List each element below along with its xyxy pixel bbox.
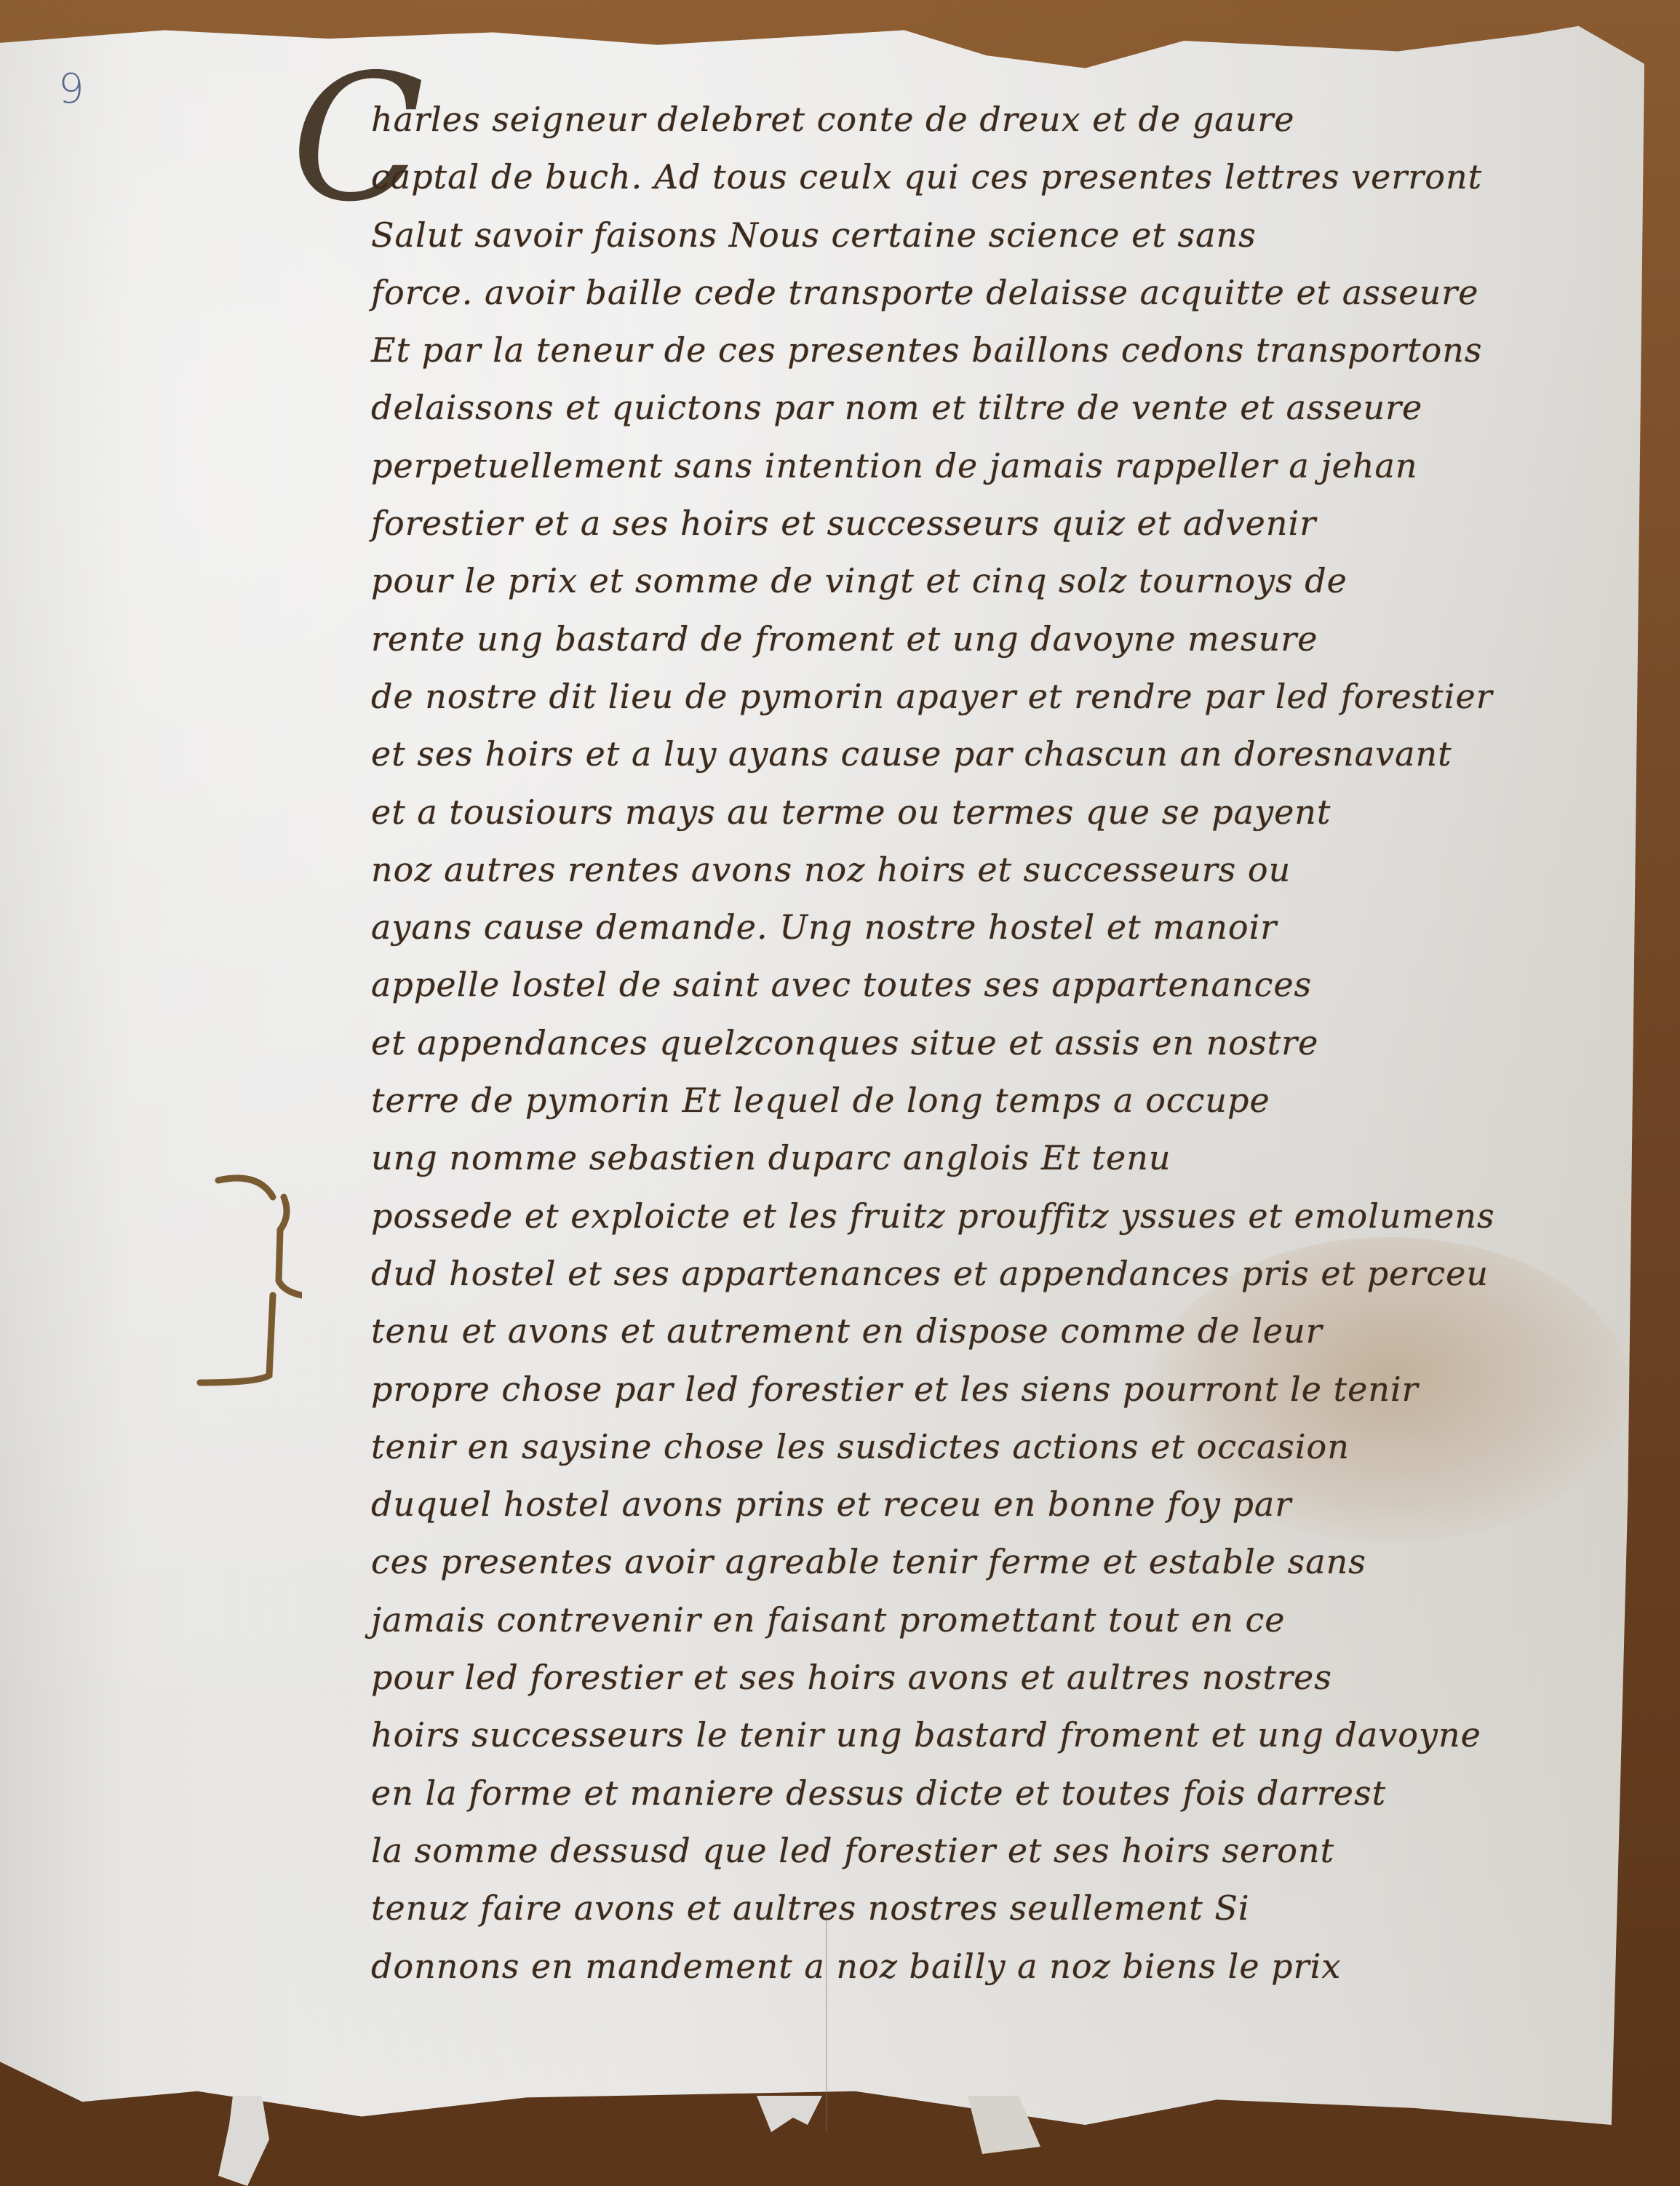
text-line: propre chose par led forestier et les si…	[371, 1361, 1623, 1418]
text-line: de nostre dit lieu de pymorin apayer et …	[371, 668, 1623, 726]
text-line: noz autres rentes avons noz hoirs et suc…	[371, 841, 1623, 899]
text-line: ces presentes avoir agreable tenir ferme…	[371, 1533, 1623, 1591]
foliation-number: 9	[58, 65, 84, 113]
text-line: Et par la teneur de ces presentes baillo…	[371, 322, 1623, 379]
text-line: forestier et a ses hoirs et successeurs …	[371, 495, 1623, 552]
text-line: tenuz faire avons et aultres nostres seu…	[371, 1880, 1623, 1937]
text-line: jamais contrevenir en faisant promettant…	[371, 1591, 1623, 1649]
text-line: hoirs successeurs le tenir ung bastard f…	[371, 1706, 1623, 1764]
text-line: en la forme et maniere dessus dicte et t…	[371, 1765, 1623, 1822]
text-line: et a tousiours mays au terme ou termes q…	[371, 784, 1623, 841]
text-line: donnons en mandement a noz bailly a noz …	[371, 1938, 1623, 1995]
text-line: terre de pymorin Et lequel de long temps…	[371, 1072, 1623, 1129]
margin-bracket-mark	[156, 1172, 302, 1390]
text-line: ung nomme sebastien duparc anglois Et te…	[371, 1129, 1623, 1187]
text-line: pour le prix et somme de vingt et cinq s…	[371, 552, 1623, 610]
text-line: captal de buch. Ad tous ceulx qui ces pr…	[371, 148, 1623, 206]
text-line: tenir en saysine chose les susdictes act…	[371, 1418, 1623, 1476]
text-line: pour led forestier et ses hoirs avons et…	[371, 1649, 1623, 1706]
text-line: rente ung bastard de froment et ung davo…	[371, 611, 1623, 668]
text-line: appelle lostel de saint avec toutes ses …	[371, 956, 1623, 1014]
text-line: dud hostel et ses appartenances et appen…	[371, 1245, 1623, 1303]
manuscript-text: harles seigneur delebret conte de dreux …	[371, 91, 1623, 1995]
torn-lower-edge	[0, 2096, 1680, 2186]
text-line: et ses hoirs et a luy ayans cause par ch…	[371, 726, 1623, 783]
text-line: ayans cause demande. Ung nostre hostel e…	[371, 899, 1623, 956]
text-line: possede et exploicte et les fruitz prouf…	[371, 1188, 1623, 1245]
text-line: tenu et avons et autrement en dispose co…	[371, 1303, 1623, 1360]
text-line: perpetuellement sans intention de jamais…	[371, 437, 1623, 495]
text-line: harles seigneur delebret conte de dreux …	[371, 91, 1623, 148]
text-line: force. avoir baille cede transporte dela…	[371, 264, 1623, 322]
text-line: et appendances quelzconques situe et ass…	[371, 1014, 1623, 1072]
text-line: duquel hostel avons prins et receu en bo…	[371, 1476, 1623, 1533]
text-line: delaissons et quictons par nom et tiltre…	[371, 379, 1623, 437]
text-line: la somme dessusd que led forestier et se…	[371, 1822, 1623, 1880]
text-line: Salut savoir faisons Nous certaine scien…	[371, 207, 1623, 264]
